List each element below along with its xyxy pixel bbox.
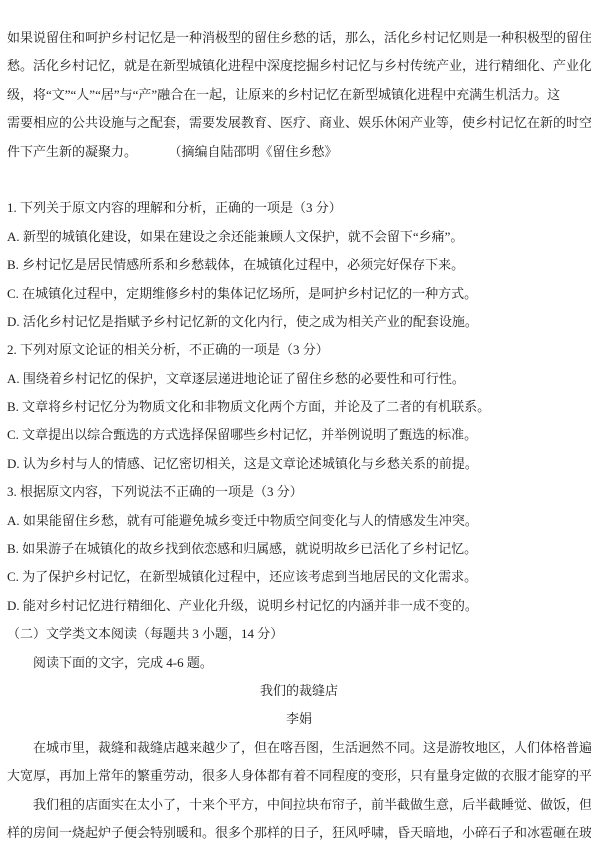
question-2-option-d: D. 认为乡村与人的情感、记忆密切相关，这是文章论述城镇化与乡愁关系的前提。	[7, 450, 591, 478]
question-1-option-b: B. 乡村记忆是居民情感所系和乡愁载体，在城镇化过程中，必须完好保存下来。	[7, 251, 591, 279]
intro-line-2: 愁。活化乡村记忆，就是在新型城镇化进程中深度挖掘乡村记忆与乡村传统产业，进行精细…	[7, 52, 591, 80]
passage-para2-line-2: 样的房间一烧起炉子便会特别暖和。很多个那样的日子，狂风呼啸，昏天暗地，小碎石子和…	[7, 819, 591, 847]
passage-author: 李娟	[7, 705, 591, 733]
intro-line-3: 级，将“文”“人”“居”与“产”融合在一起，让原来的乡村记忆在新型城镇化进程中充…	[7, 81, 591, 109]
passage-para2-line-1: 我们租的店面实在太小了，十来个平方，中间拉块布帘子，前半截做生意，后半截睡觉、做…	[7, 791, 591, 819]
intro-line-4: 需要相应的公共设施与之配套，需要发展教育、医疗、商业、娱乐休闲产业等，使乡村记忆…	[7, 109, 591, 137]
question-2-stem: 2. 下列对原文论证的相关分析，不正确的一项是（3 分）	[7, 336, 591, 364]
question-1-option-c: C. 在城镇化过程中，定期维修乡村的集体记忆场所，是呵护乡村记忆的一种方式。	[7, 280, 591, 308]
question-1-option-d: D. 活化乡村记忆是指赋予乡村记忆新的文化内行，使之成为相关产业的配套设施。	[7, 308, 591, 336]
question-3-option-b: B. 如果游子在城镇化的故乡找到依恋感和归属感，就说明故乡已活化了乡村记忆。	[7, 535, 591, 563]
intro-closing-text: 件下产生新的凝聚力。	[7, 144, 137, 159]
blank-line	[7, 166, 591, 194]
intro-line-1: 如果说留住和呵护乡村记忆是一种消极型的留住乡愁的话，那么，活化乡村记忆则是一种积…	[7, 24, 591, 52]
source-citation: （摘编自陆邵明《留住乡愁》	[175, 144, 338, 159]
question-1-stem: 1. 下列关于原文内容的理解和分析，正确的一项是（3 分）	[7, 194, 591, 222]
section-2-heading: （二）文学类文本阅读（每题共 3 小题，14 分）	[7, 620, 591, 648]
passage-title: 我们的裁缝店	[7, 677, 591, 705]
passage-para1-line-1: 在城市里，裁缝和裁缝店越来越少了，但在喀吾图，生活迥然不同。这是游牧地区，人们体…	[7, 734, 591, 762]
reading-instruction: 阅读下面的文字，完成 4-6 题。	[7, 649, 591, 677]
question-3-option-d: D. 能对乡村记忆进行精细化、产业化升级，说明乡村记忆的内涵并非一成不变的。	[7, 592, 591, 620]
intro-closing-line: 件下产生新的凝聚力。（摘编自陆邵明《留住乡愁》	[7, 138, 591, 166]
exam-page: 如果说留住和呵护乡村记忆是一种消极型的留住乡愁的话，那么，活化乡村记忆则是一种积…	[0, 0, 598, 850]
question-1-option-a: A. 新型的城镇化建设，如果在建设之余还能兼顾人文保护，就不会留下“乡痛”。	[7, 223, 591, 251]
question-2-option-a: A. 围绕着乡村记忆的保护，文章逐层递进地论证了留住乡愁的必要性和可行性。	[7, 365, 591, 393]
question-2-option-c: C. 文章提出以综合甄选的方式选择保留哪些乡村记忆，并举例说明了甄选的标准。	[7, 421, 591, 449]
question-3-option-a: A. 如果能留住乡愁，就有可能避免城乡变迁中物质空间变化与人的情感发生冲突。	[7, 507, 591, 535]
passage-para1-line-2: 大宽厚，再加上常年的繁重劳动，很多人身体都有着不同程度的变形，只有量身定做的衣服…	[7, 762, 591, 790]
question-3-stem: 3. 根据原文内容，下列说法不正确的一项是（3 分）	[7, 478, 591, 506]
question-2-option-b: B. 文章将乡村记忆分为物质文化和非物质文化两个方面，并论及了二者的有机联系。	[7, 393, 591, 421]
question-3-option-c: C. 为了保护乡村记忆，在新型城镇化过程中，还应该考虑到当地居民的文化需求。	[7, 563, 591, 591]
